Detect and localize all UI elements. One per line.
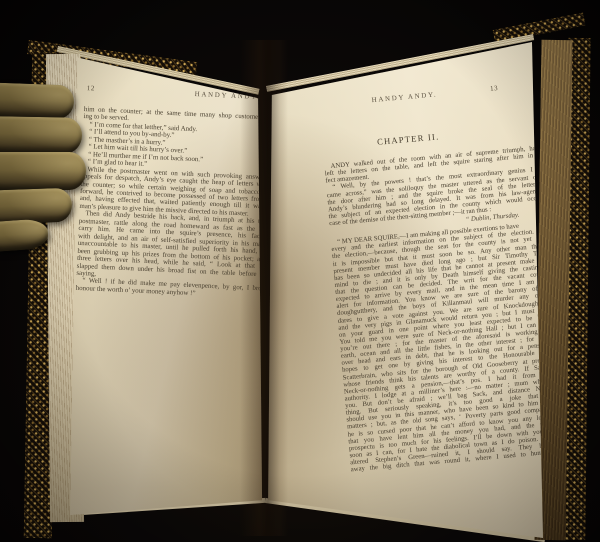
right-page-text-block: 13 HANDY ANDY. CHAPTER II. ANDY walked o…	[318, 80, 574, 473]
book-page-right: 13 HANDY ANDY. CHAPTER II. ANDY walked o…	[262, 38, 552, 542]
finger	[0, 83, 75, 120]
right-page-header: 13 HANDY ANDY.	[318, 80, 542, 111]
running-title: HANDY ANDY.	[267, 82, 543, 113]
bronze-hand	[0, 80, 96, 252]
finger	[0, 188, 73, 225]
left-page-body-text: him on the counter; at the same time man…	[76, 106, 298, 302]
knuckle	[0, 218, 49, 252]
finger	[0, 152, 86, 190]
left-page-text-block: 12 HANDY ANDY. him on the counter; at th…	[76, 84, 299, 302]
photo-of-open-book: 12 HANDY ANDY. him on the counter; at th…	[0, 0, 600, 542]
finger	[0, 116, 82, 154]
